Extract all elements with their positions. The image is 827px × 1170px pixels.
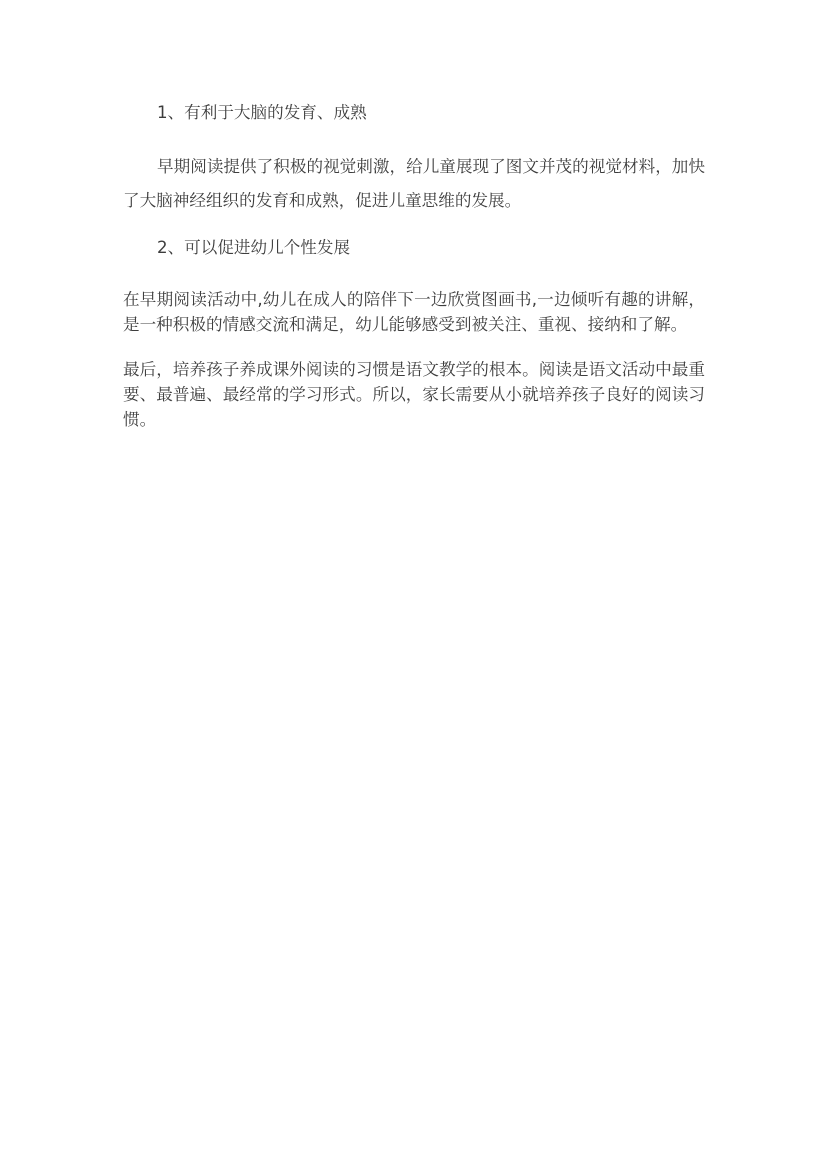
heading-personality-development: 2、可以促进幼儿个性发展 — [123, 235, 705, 260]
paragraph-reading-with-adults: 在早期阅读活动中,幼儿在成人的陪伴下一边欣赏图画书,一边倾听有趣的讲解，是一种积… — [123, 287, 705, 337]
paragraph-reading-habit-conclusion: 最后，培养孩子养成课外阅读的习惯是语文教学的根本。阅读是语文活动中最重要、最普遍… — [123, 357, 705, 432]
heading-brain-development: 1、有利于大脑的发育、成熟 — [123, 100, 705, 125]
paragraph-early-reading-stimulus: 早期阅读提供了积极的视觉刺激，给儿童展现了图文并茂的视觉材料，加快了大脑神经组织… — [123, 150, 705, 218]
document-page: 1、有利于大脑的发育、成熟 早期阅读提供了积极的视觉刺激，给儿童展现了图文并茂的… — [0, 0, 827, 1170]
